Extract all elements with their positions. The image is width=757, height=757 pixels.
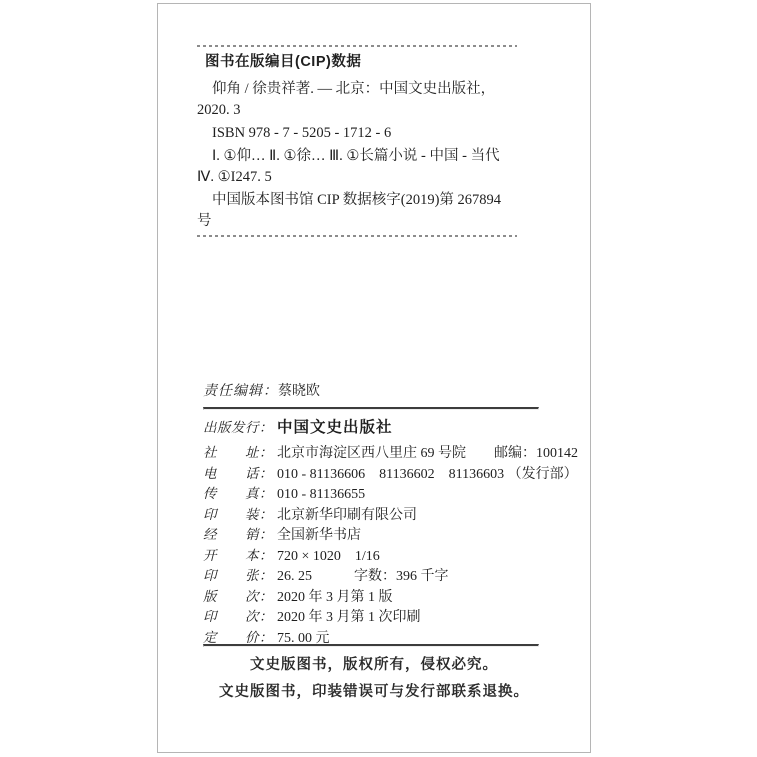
row-label: 电 话： (203, 462, 273, 482)
row-label: 经 销： (203, 523, 273, 543)
copyright-notice-line: 文史版图书，版权所有，侵权必究。 (158, 652, 590, 679)
colophon-row-distributor: 经 销： 全国新华书店 (203, 523, 573, 544)
colophon-row-impression: 印 次： 2020 年 3 月第 1 次印刷 (203, 605, 573, 626)
copyright-notices: 文史版图书，版权所有，侵权必究。 文史版图书，印装错误可与发行部联系退换。 (158, 652, 590, 706)
colophon-row-price: 定 价： 75. 00 元 (203, 626, 573, 647)
horizontal-rule-top (203, 407, 539, 410)
row-label: 印 次： (203, 605, 273, 625)
row-label: 出版发行： (203, 416, 273, 436)
cip-block: 图书在版编目(CIP)数据 仰角 / 徐贵祥著. — 北京：中国文史出版社， 2… (197, 45, 517, 237)
dotted-separator-top (197, 45, 517, 47)
row-label: 定 价： (203, 626, 273, 646)
colophon-row-publisher: 出版发行： 中国文史出版社 (203, 415, 573, 441)
colophon-row-address: 社 址： 北京市海淀区西八里庄 69 号院 邮编：100142 (203, 441, 573, 462)
cip-year-line: 2020. 3 (197, 100, 517, 121)
colophon-row-printer: 印 装： 北京新华印刷有限公司 (203, 503, 573, 524)
cip-record-number-line: 中国版本图书馆 CIP 数据核字(2019)第 267894 号 (197, 190, 517, 232)
responsible-editor-line: 责任编辑：蔡晓欧 (203, 381, 320, 402)
row-label: 版 次： (203, 585, 273, 605)
row-label: 社 址： (203, 441, 273, 461)
row-value: 26. 25 字数：396 千字 (277, 565, 449, 585)
cip-classification-line-2: Ⅳ. ①I247. 5 (197, 167, 517, 188)
row-label: 印 装： (203, 503, 273, 523)
row-value: 北京市海淀区西八里庄 69 号院 邮编：100142 (277, 442, 578, 462)
row-value: 全国新华书店 (277, 524, 361, 544)
colophon: 出版发行： 中国文史出版社 社 址： 北京市海淀区西八里庄 69 号院 邮编：1… (203, 415, 573, 646)
colophon-row-phone: 电 话： 010 - 81136606 81136602 81136603 （发… (203, 462, 573, 483)
row-value: 010 - 81136655 (277, 487, 365, 503)
row-label: 印 张： (203, 564, 273, 584)
row-label: 传 真： (203, 482, 273, 502)
editor-label: 责任编辑： (203, 384, 278, 399)
row-value: 中国文史出版社 (277, 415, 393, 437)
copyright-page: 图书在版编目(CIP)数据 仰角 / 徐贵祥著. — 北京：中国文史出版社， 2… (157, 3, 591, 753)
row-label: 开 本： (203, 544, 273, 564)
row-value: 北京新华印刷有限公司 (277, 504, 417, 524)
return-policy-notice-line: 文史版图书，印装错误可与发行部联系退换。 (158, 679, 590, 706)
cip-book-line: 仰角 / 徐贵祥著. — 北京：中国文史出版社， (197, 79, 517, 100)
horizontal-rule-bottom (203, 644, 539, 647)
dotted-separator-bottom (197, 235, 517, 237)
colophon-row-format: 开 本： 720 × 1020 1/16 (203, 544, 573, 565)
editor-name: 蔡晓欧 (278, 384, 320, 399)
colophon-row-fax: 传 真： 010 - 81136655 (203, 482, 573, 503)
cip-title: 图书在版编目(CIP)数据 (197, 52, 517, 72)
cip-isbn-line: ISBN 978 - 7 - 5205 - 1712 - 6 (197, 123, 517, 144)
row-value: 2020 年 3 月第 1 版 (277, 586, 393, 606)
cip-classification-line-1: Ⅰ. ①仰… Ⅱ. ①徐… Ⅲ. ①长篇小说 - 中国 - 当代 (197, 146, 517, 167)
colophon-row-sheets: 印 张： 26. 25 字数：396 千字 (203, 564, 573, 585)
colophon-row-edition: 版 次： 2020 年 3 月第 1 版 (203, 585, 573, 606)
row-value: 720 × 1020 1/16 (277, 545, 380, 565)
row-value: 2020 年 3 月第 1 次印刷 (277, 606, 421, 626)
row-value: 010 - 81136606 81136602 81136603 （发行部） (277, 463, 578, 483)
